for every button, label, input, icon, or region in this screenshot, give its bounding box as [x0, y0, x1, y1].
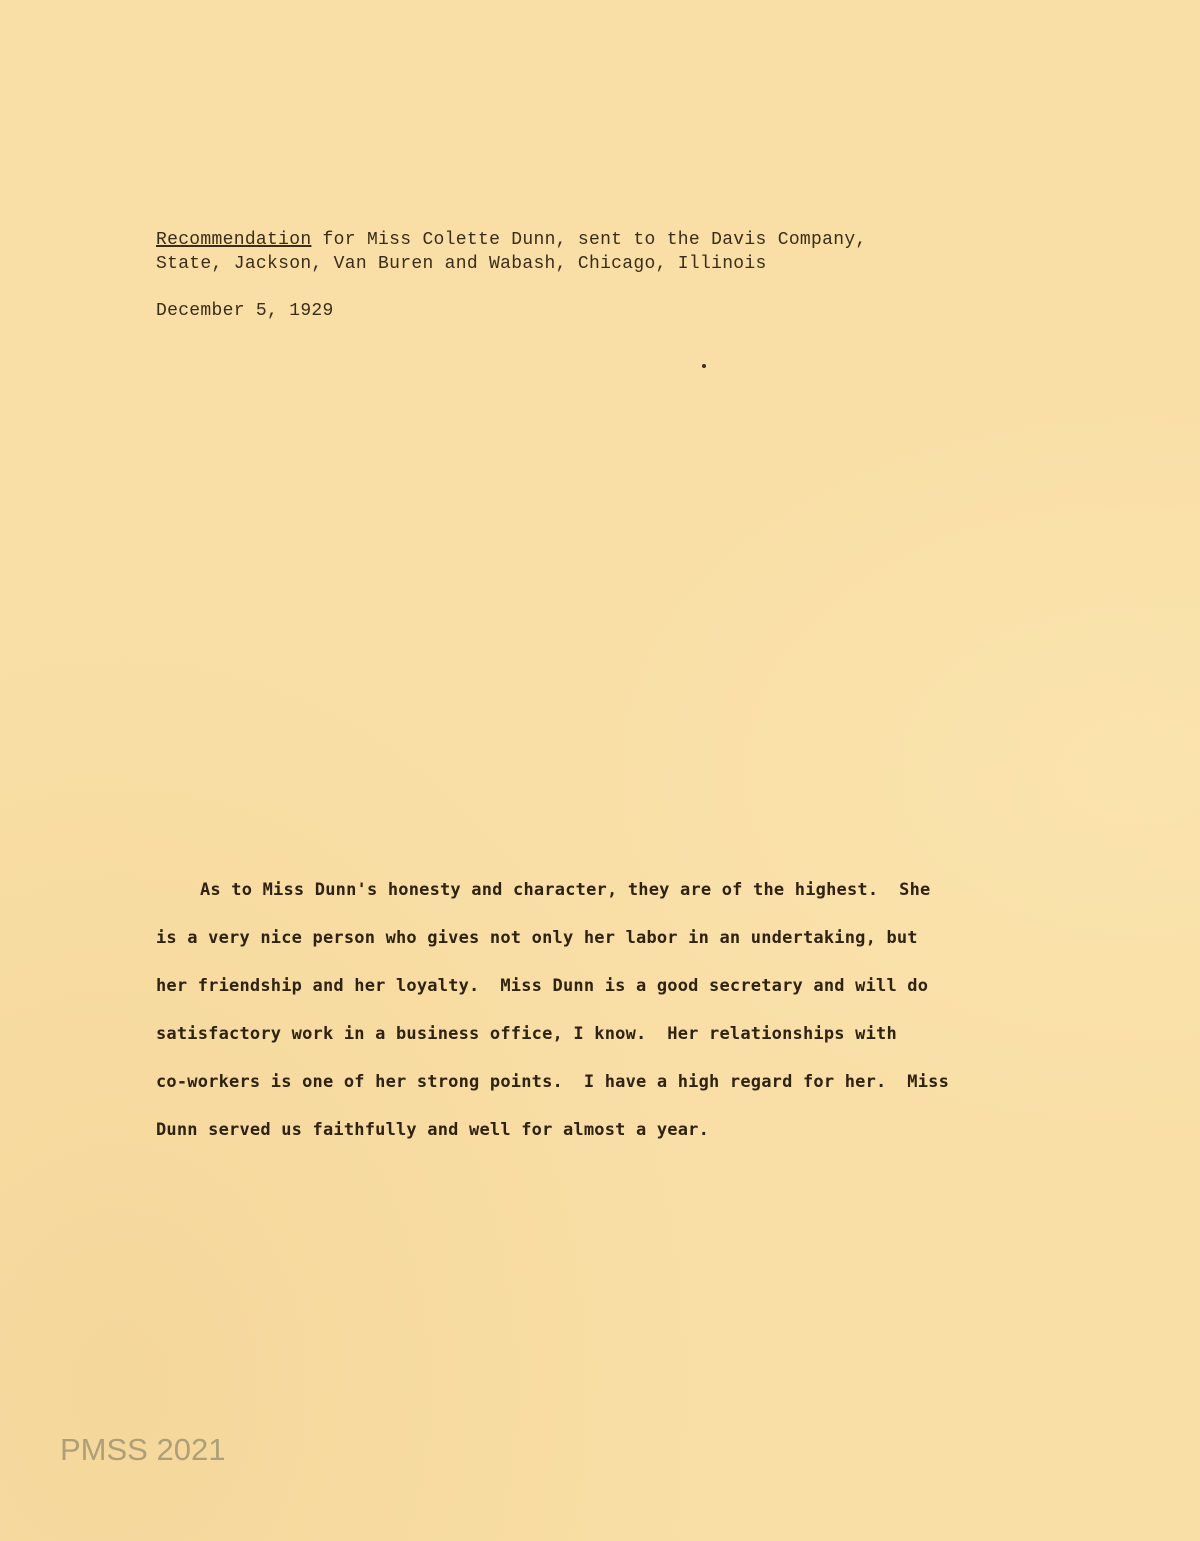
- heading-line-2: State, Jackson, Van Buren and Wabash, Ch…: [156, 252, 867, 276]
- letter-body: As to Miss Dunn's honesty and character,…: [156, 878, 1076, 1166]
- document-date: December 5, 1929: [156, 301, 334, 321]
- watermark: PMSS 2021: [60, 1432, 225, 1468]
- heading-line-1-rest: for Miss Colette Dunn, sent to the Davis…: [311, 230, 866, 250]
- ink-speck: [702, 364, 706, 368]
- document-page: Recommendation for Miss Colette Dunn, se…: [0, 0, 1200, 1541]
- body-line: co-workers is one of her strong points. …: [156, 1070, 1076, 1118]
- heading-title-underlined: Recommendation: [156, 230, 311, 250]
- body-line: satisfactory work in a business office, …: [156, 1022, 1076, 1070]
- body-line: is a very nice person who gives not only…: [156, 926, 1076, 974]
- document-heading: Recommendation for Miss Colette Dunn, se…: [156, 228, 867, 276]
- body-line: her friendship and her loyalty. Miss Dun…: [156, 974, 1076, 1022]
- heading-line-1: Recommendation for Miss Colette Dunn, se…: [156, 228, 867, 252]
- body-line: Dunn served us faithfully and well for a…: [156, 1118, 1076, 1166]
- body-line: As to Miss Dunn's honesty and character,…: [156, 878, 1076, 926]
